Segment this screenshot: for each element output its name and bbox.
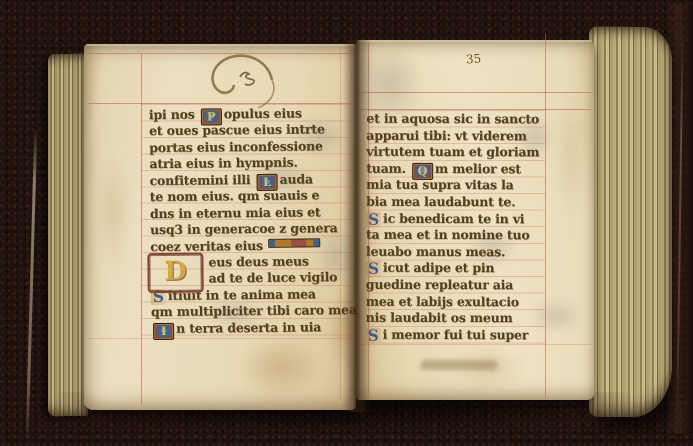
line-text: m melior est — [435, 161, 521, 176]
manuscript-text-line: In terra deserta in uia — [151, 319, 357, 338]
left-page-edge-stack — [48, 54, 88, 417]
manuscript-text-line: virtutem tuam et gloriam — [366, 144, 548, 161]
manuscript-text-line: ta mea et in nomine tuo — [366, 227, 548, 244]
line-text: eus deus meus — [208, 253, 308, 269]
pen-flourish-doodle-icon — [198, 46, 290, 112]
right-page-text: et in aquosa sic in sanctoapparui tibi: … — [366, 111, 549, 344]
gutter-shadow — [343, 40, 371, 412]
line-filler-ornament — [268, 238, 320, 248]
folio-number: 35 — [466, 51, 482, 66]
line-text: dns in eternu mia eius et — [150, 204, 321, 221]
manuscript-text-line: et in aquosa sic in sancto — [366, 111, 548, 128]
line-text: mea et labijs exultacio — [366, 293, 519, 309]
line-text: atria eius in hympnis. — [149, 155, 297, 172]
manuscript-text-line: qm multipliciter tibi caro mea — [151, 302, 357, 321]
right-page-edge-stack — [589, 27, 672, 418]
parchment-stain — [238, 336, 322, 398]
line-text: nis laudabit os meum — [366, 310, 513, 326]
line-text: icut adipe et pin — [383, 260, 495, 275]
line-text: n terra deserta in uia — [176, 319, 321, 336]
manuscript-text-line: mia tua supra vitas la — [366, 177, 548, 194]
manuscript-text-line: guedine repleatur aia — [366, 277, 548, 294]
manuscript-text-line: Si memor fui tui super — [366, 326, 548, 343]
line-text: apparui tibi: vt viderem — [366, 127, 527, 143]
line-text: tuam. — [366, 160, 410, 175]
manuscript-text-line: nis laudabit os meum — [366, 310, 548, 327]
line-text: bia mea laudabunt te. — [366, 194, 515, 210]
line-text: confitemini illi — [149, 172, 254, 188]
manuscript-photo: 35 D ipi nos Populus eiuset oues pascue … — [0, 0, 693, 446]
ruling-line-left-bottom — [88, 338, 352, 339]
illuminated-initial-I: I — [153, 323, 174, 340]
manuscript-text-line: et oues pascue eius intrte — [149, 121, 355, 140]
manuscript-text-line: Sicut adipe et pin — [366, 260, 548, 277]
line-text: auda — [279, 171, 312, 186]
erased-text-smear — [420, 360, 498, 370]
line-text: te nom eius. qm suauis e — [150, 187, 320, 204]
line-text: ad te de luce vigilo — [209, 269, 338, 285]
line-text: leuabo manus meas. — [366, 243, 505, 258]
line-text: coez veritas eius — [150, 237, 263, 253]
manuscript-text-line: apparui tibi: vt viderem — [366, 127, 548, 144]
line-text: et oues pascue eius intrte — [149, 122, 325, 139]
line-text: portas eius inconfessione — [149, 138, 323, 155]
line-text: usq3 in generacoe z genera — [150, 220, 338, 237]
manuscript-text-line: bia mea laudabunt te. — [366, 194, 548, 211]
manuscript-text-line: Sic benedicam te in vi — [366, 210, 548, 227]
manuscript-text-line: usq3 in generacoe z genera — [150, 220, 356, 239]
parchment-stain — [556, 80, 590, 220]
line-text: virtutem tuam et gloriam — [366, 144, 539, 160]
left-page-text: D ipi nos Populus eiuset oues pascue eiu… — [149, 105, 357, 337]
manuscript-text-line: leuabo manus meas. — [366, 243, 548, 260]
line-text: ta mea et in nomine tuo — [366, 227, 530, 243]
line-text: guedine repleatur aia — [366, 277, 513, 293]
line-text: opulus eius — [224, 105, 302, 121]
manuscript-text-line: tuam. Qm melior est — [366, 160, 548, 177]
parchment-stain — [96, 150, 130, 270]
illuminated-initial-D-large: D — [147, 253, 203, 294]
line-text: et in aquosa sic in sancto — [366, 111, 539, 127]
line-text: qm multipliciter tibi caro mea — [151, 302, 357, 319]
line-text: ipi nos — [149, 107, 199, 123]
manuscript-text-line: mea et labijs exultacio — [366, 293, 548, 310]
line-text: ic benedicam te in vi — [383, 210, 524, 225]
line-text: i memor fui tui super — [383, 326, 529, 342]
line-text: mia tua supra vitas la — [366, 177, 513, 193]
